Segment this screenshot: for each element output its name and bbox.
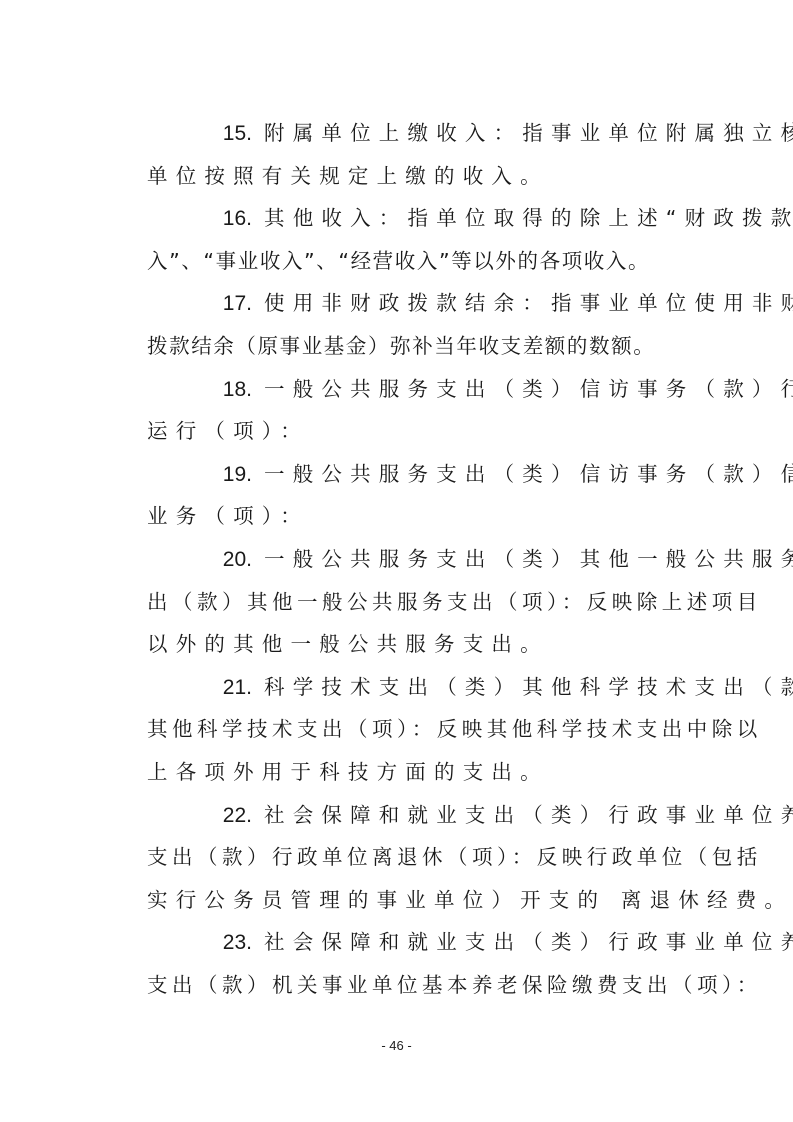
line-text: 使用非财政拨款结余：指事业单位使用非财政 <box>264 291 793 315</box>
item-number: 17. <box>147 283 264 326</box>
paragraph-line: 18.一般公共服务支出（类）信访事务（款）行政 <box>147 368 679 411</box>
paragraph-17: 17.使用非财政拨款结余：指事业单位使用非财政 拨款结余（原事业基金）弥补当年收… <box>147 282 679 367</box>
paragraph-line: 21.科学技术支出（类）其他科学技术支出（款） <box>147 666 679 709</box>
item-number: 22. <box>147 795 264 838</box>
paragraph-21: 21.科学技术支出（类）其他科学技术支出（款） 其他科学技术支出（项）：反映其他… <box>147 666 679 794</box>
paragraph-line: 支出（款）行政单位离退休（项）：反映行政单位（包括 <box>147 836 679 879</box>
item-number: 21. <box>147 667 264 710</box>
item-number: 16. <box>147 198 264 241</box>
paragraph-line: 拨款结余（原事业基金）弥补当年收支差额的数额。 <box>147 325 679 368</box>
line-text: 社会保障和就业支出（类）行政事业单位养老 <box>264 930 793 954</box>
paragraph-line: 实行公务员管理的事业单位）开支的 离退休经费。 <box>147 879 679 922</box>
paragraph-18: 18.一般公共服务支出（类）信访事务（款）行政 运行（项）： <box>147 368 679 453</box>
line-text: 一般公共服务支出（类）信访事务（款）行政 <box>264 377 793 401</box>
paragraph-23: 23.社会保障和就业支出（类）行政事业单位养老 支出（款）机关事业单位基本养老保… <box>147 921 679 1006</box>
paragraph-19: 19.一般公共服务支出（类）信访事务（款）信访 业务（项）： <box>147 453 679 538</box>
document-page: 15.附属单位上缴收入：指事业单位附属独立核算 单位按照有关规定上缴的收入。 1… <box>147 112 679 1006</box>
paragraph-22: 22.社会保障和就业支出（类）行政事业单位养老 支出（款）行政单位离退休（项）：… <box>147 794 679 922</box>
paragraph-line: 业务（项）： <box>147 495 679 538</box>
paragraph-line: 其他科学技术支出（项）：反映其他科学技术支出中除以 <box>147 708 679 751</box>
paragraph-line: 15.附属单位上缴收入：指事业单位附属独立核算 <box>147 112 679 155</box>
paragraph-line: 支出（款）机关事业单位基本养老保险缴费支出（项）： <box>147 964 679 1007</box>
paragraph-line: 17.使用非财政拨款结余：指事业单位使用非财政 <box>147 282 679 325</box>
line-text: 一般公共服务支出（类）其他一般公共服务支 <box>264 547 793 571</box>
page-number: - 46 - <box>0 1038 793 1053</box>
item-number: 20. <box>147 539 264 582</box>
item-number: 15. <box>147 113 264 156</box>
line-text: 附属单位上缴收入：指事业单位附属独立核算 <box>264 121 793 145</box>
paragraph-line: 入”、“事业收入”、“经营收入”等以外的各项收入。 <box>147 240 679 283</box>
paragraph-20: 20.一般公共服务支出（类）其他一般公共服务支 出（款）其他一般公共服务支出（项… <box>147 538 679 666</box>
line-text: 其他收入：指单位取得的除上述“财政拨款收 <box>264 206 793 230</box>
item-number: 19. <box>147 454 264 497</box>
paragraph-line: 出（款）其他一般公共服务支出（项）：反映除上述项目 <box>147 581 679 624</box>
paragraph-line: 运行（项）： <box>147 410 679 453</box>
paragraph-line: 上各项外用于科技方面的支出。 <box>147 751 679 794</box>
paragraph-line: 20.一般公共服务支出（类）其他一般公共服务支 <box>147 538 679 581</box>
item-number: 18. <box>147 369 264 412</box>
paragraph-line: 23.社会保障和就业支出（类）行政事业单位养老 <box>147 921 679 964</box>
paragraph-line: 单位按照有关规定上缴的收入。 <box>147 155 679 198</box>
paragraph-16: 16.其他收入：指单位取得的除上述“财政拨款收 入”、“事业收入”、“经营收入”… <box>147 197 679 282</box>
line-text: 社会保障和就业支出（类）行政事业单位养老 <box>264 803 793 827</box>
line-text: 一般公共服务支出（类）信访事务（款）信访 <box>264 462 793 486</box>
paragraph-line: 16.其他收入：指单位取得的除上述“财政拨款收 <box>147 197 679 240</box>
line-text: 科学技术支出（类）其他科学技术支出（款） <box>264 675 793 699</box>
paragraph-line: 22.社会保障和就业支出（类）行政事业单位养老 <box>147 794 679 837</box>
paragraph-line: 19.一般公共服务支出（类）信访事务（款）信访 <box>147 453 679 496</box>
paragraph-line: 以外的其他一般公共服务支出。 <box>147 623 679 666</box>
item-number: 23. <box>147 922 264 965</box>
paragraph-15: 15.附属单位上缴收入：指事业单位附属独立核算 单位按照有关规定上缴的收入。 <box>147 112 679 197</box>
